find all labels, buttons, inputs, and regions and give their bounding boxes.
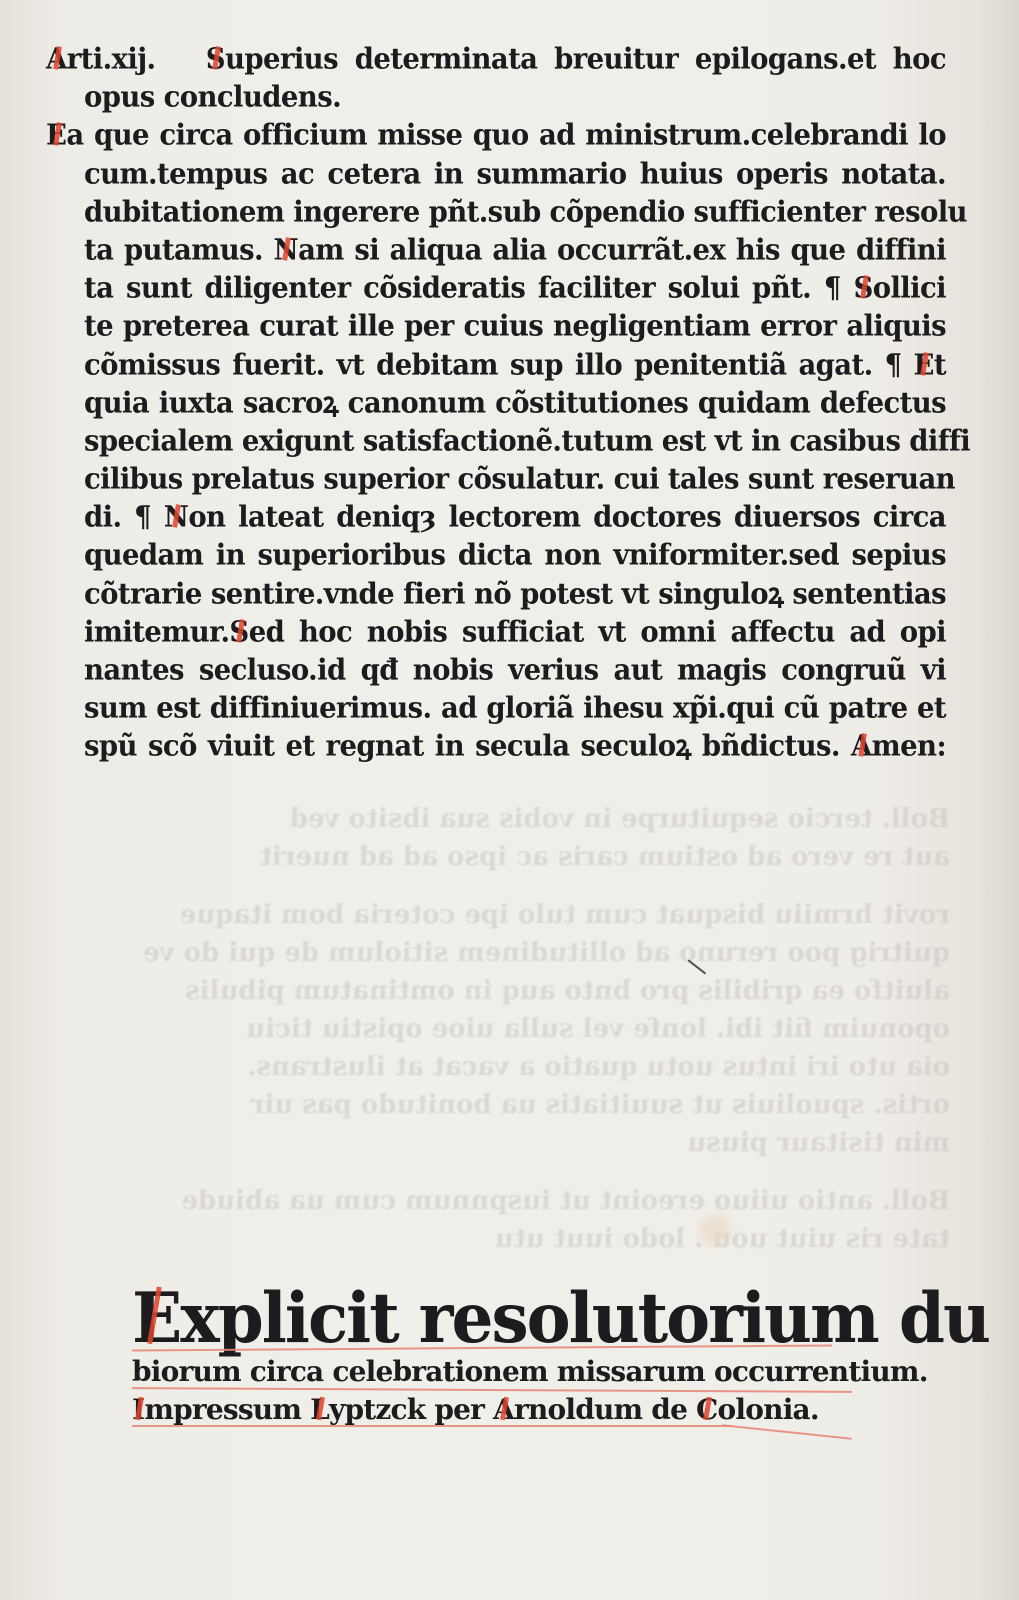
rubricated-initial: S bbox=[206, 42, 225, 76]
text-line-6: ta putamus. Nam si aliqua alia occurrãt.… bbox=[84, 230, 946, 270]
red-underline bbox=[132, 1425, 732, 1427]
rubricated-initial: A bbox=[851, 730, 872, 764]
show-through-text: Boll. tercio sequiturpe in vobis sua ibs… bbox=[60, 800, 950, 1258]
text-line-1: Arti.xij. Superius determinata breuitur … bbox=[46, 39, 946, 79]
text-line-17: nantes secluso.id qđ nobis verius aut ma… bbox=[84, 650, 946, 690]
book-page: Boll. tercio sequiturpe in vobis sua ibs… bbox=[0, 0, 1019, 1600]
rubricated-initial: S bbox=[229, 615, 248, 649]
rubricated-initial: E bbox=[46, 119, 66, 153]
paper-stain bbox=[700, 1215, 730, 1245]
rubricated-initial: L bbox=[310, 1393, 329, 1426]
text-line-8: te preterea curat ille per cuius neglige… bbox=[84, 306, 946, 346]
rubricated-initial: N bbox=[274, 233, 299, 267]
text-line-2: opus concludens. bbox=[84, 77, 946, 117]
text-line-7: ta sunt diligenter cõsideratis faciliter… bbox=[84, 268, 946, 308]
text-line-11: specialem exigunt satisfactionẽ.tutum es… bbox=[84, 421, 946, 461]
colophon: Explicit resolutorium du biorum circa ce… bbox=[132, 1285, 912, 1429]
text-line-18: sum est diffiniuerimus. ad gloriã ihesu … bbox=[84, 688, 946, 728]
text-line-12: cilibus prelatus superior cõsulatur. cui… bbox=[84, 459, 946, 499]
rubricated-initial: E bbox=[132, 1277, 180, 1359]
text-line-10: quia iuxta sacroꝝ canonum cõstitutiones … bbox=[84, 383, 946, 423]
colophon-imprint: Impressum Lyptzck per Arnoldum de Coloni… bbox=[132, 1391, 912, 1429]
text-line-15: cõtrarie sentire.vnde fieri nõ potest vt… bbox=[84, 574, 946, 614]
text-line-9: cõmissus fuerit. vt debitam sup illo pen… bbox=[84, 345, 946, 385]
text-line-4: cum.tempus ac cetera in summario huius o… bbox=[84, 154, 946, 194]
body-text: Arti.xij. Superius determinata breuitur … bbox=[46, 40, 946, 766]
text-line-16: imitemur.Sed hoc nobis sufficiat vt omni… bbox=[84, 612, 946, 652]
text-line-3: Ea que circa officium misse quo ad minis… bbox=[46, 115, 946, 155]
rubricated-initial: N bbox=[164, 500, 189, 534]
text-line-5: dubitationem ingerere pñt.sub cõpendio s… bbox=[84, 192, 946, 232]
rubricated-initial: A bbox=[493, 1393, 514, 1426]
colophon-title: Explicit resolutorium du bbox=[132, 1283, 912, 1352]
text-line-14: quedam in superioribus dicta non vniform… bbox=[84, 535, 946, 575]
rubricated-initial: S bbox=[853, 271, 872, 305]
rubricated-initial: A bbox=[46, 42, 67, 76]
text-line-19: spũ scõ viuit et regnat in secula seculo… bbox=[84, 726, 946, 766]
rubricated-initial: E bbox=[914, 348, 934, 382]
text-line-13: di. ¶ Non lateat deniqȝ lectorem doctore… bbox=[84, 497, 946, 537]
rubricated-initial: C bbox=[696, 1393, 718, 1426]
rubricated-initial: I bbox=[132, 1393, 144, 1426]
